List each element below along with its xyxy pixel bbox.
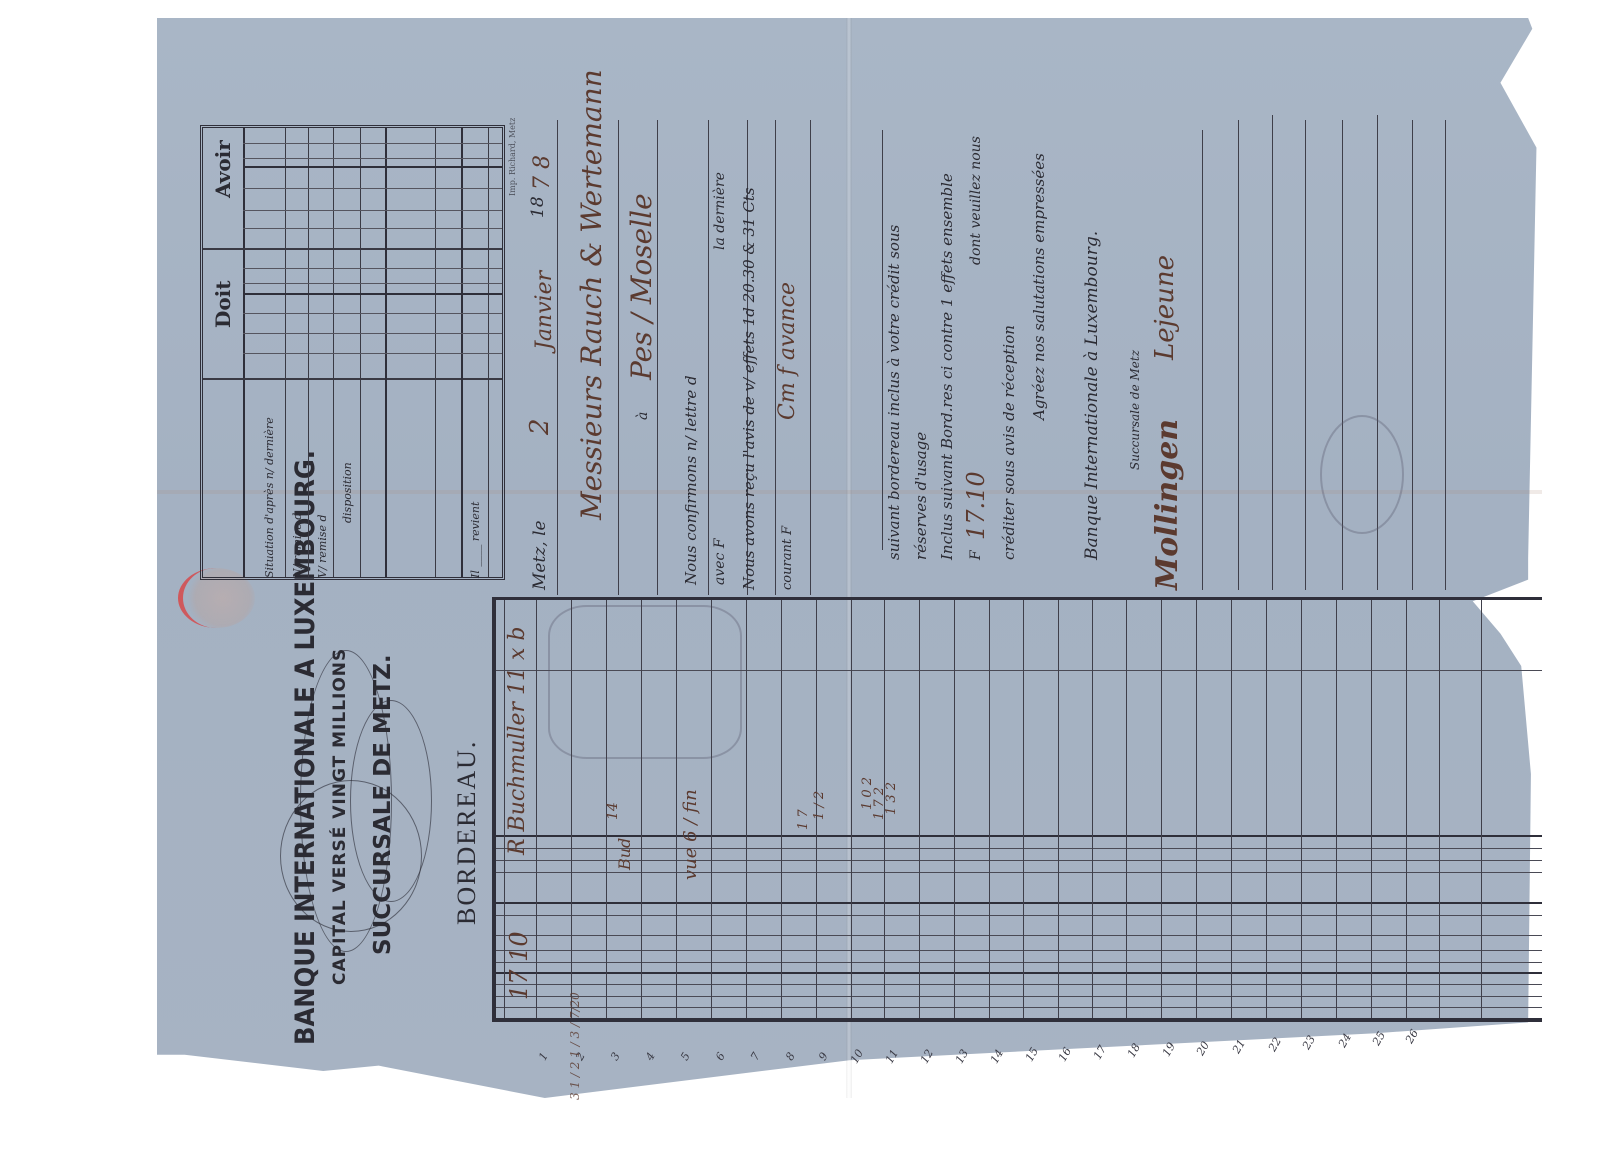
entry-1-jours[interactable]: 14 (605, 802, 621, 820)
line-recu: Nous avons reçu l'avis de v/ effets 1d 2… (740, 187, 758, 590)
line-inclus: Inclus suivant Bord.res ci contre 1 effe… (938, 173, 956, 560)
account-line-v-remise: V/ remise d (316, 514, 329, 578)
interest-calc-1: 1 7 (796, 809, 811, 830)
line-avec: avec F (712, 538, 728, 585)
form-title: BORDEREAU. (452, 740, 482, 925)
signature-bank: Banque Internationale à Luxembourg. (1082, 231, 1102, 560)
interest-calc-2: 1 / 2 (812, 791, 827, 820)
faint-postmark-right (1320, 415, 1404, 534)
entry-1-place[interactable]: R Buchmuller 11 x b (505, 627, 530, 856)
account-line-situation: Situation d'après n/ dernière (263, 417, 276, 578)
account-summary-box: Avoir Doit Situation d'après n/ dernière… (200, 125, 505, 580)
entry-1-notes[interactable]: vue 6 / fin (680, 789, 701, 880)
line-suivant: suivant bordereau inclus à votre crédit … (885, 225, 903, 560)
signature-1: Mollingen (1150, 419, 1185, 590)
date-month[interactable]: Janvier (532, 271, 557, 350)
printer-mark: Imp. Richard, Metz (508, 118, 517, 196)
margin-note-bottom-left: 3 1 / 2 1 / 3 / 7/20 (568, 992, 582, 1100)
account-line-n-remise: N/ remise d (291, 513, 304, 578)
addressee-city[interactable]: Pes / Moselle (625, 193, 658, 380)
doit-header: Doit (211, 280, 235, 328)
line-agreez: Agréez nos salutations empressées (1030, 153, 1048, 420)
remittance-amount[interactable]: 17.10 (962, 471, 990, 540)
addressee[interactable]: Messieurs Rauch & Wertemann (575, 69, 608, 520)
interest-calc-5: 1 3 2 (884, 782, 899, 815)
bordereau-table (492, 597, 1542, 1022)
line-courant-handwritten[interactable]: Cm f avance (775, 282, 800, 420)
account-line-disposition: disposition (341, 462, 354, 523)
date-day[interactable]: 2 (525, 418, 555, 435)
line-veuillez: dont veuillez nous (968, 136, 984, 265)
line-derniere: la dernière (712, 172, 728, 250)
line-reserves: réserves d'usage (912, 432, 930, 560)
signature-branch: Succursale de Metz (1128, 350, 1142, 470)
date-year-suffix[interactable]: 7 8 (530, 155, 555, 190)
entry-1-amount[interactable]: 17 10 (505, 931, 533, 1000)
bank-capital: CAPITAL VERSÉ VINGT MILLIONS (330, 648, 350, 985)
entry-1-echeance[interactable]: Bud (615, 838, 634, 870)
signature-2: Lejeune (1150, 255, 1180, 360)
date-year-prefix: 18 (528, 196, 548, 218)
account-line-revient: Il ____ revient (469, 502, 482, 578)
amount-prefix: F (968, 550, 984, 560)
place-prefix: Metz, le (530, 520, 550, 590)
line-confirm: Nous confirmons n/ lettre d (682, 375, 700, 585)
line-courant: courant F (780, 526, 795, 590)
branch-name: SUCCURSALE DE METZ. (370, 654, 396, 955)
addressee-prefix: à (635, 412, 651, 420)
avoir-header: Avoir (211, 140, 235, 198)
line-crediter: créditer sous avis de réception (1000, 325, 1018, 560)
